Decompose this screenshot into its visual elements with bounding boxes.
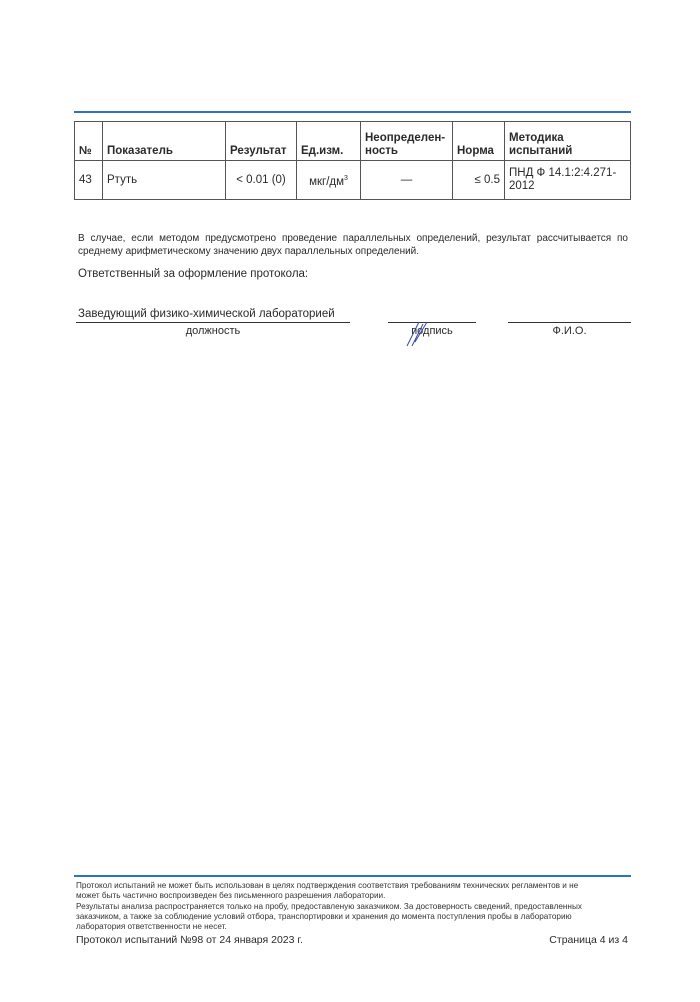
protocol-id: Протокол испытаний №98 от 24 января 2023…	[76, 934, 303, 946]
cell-method: ПНД Ф 14.1:2:4.271-2012	[505, 161, 631, 200]
header-method: Методикаиспытаний	[505, 122, 631, 161]
cell-result: < 0.01 (0)	[226, 161, 297, 200]
cell-norm: ≤ 0.5	[453, 161, 505, 200]
position-value: Заведующий физико-химической лабораторие…	[78, 308, 335, 320]
parallel-note: В случае, если методом предусмотрено про…	[78, 232, 628, 258]
header-num: №	[75, 122, 103, 161]
header-name: Показатель	[103, 122, 226, 161]
header-uncertainty: Неопределен-ность	[361, 122, 453, 161]
header-result: Результат	[226, 122, 297, 161]
footer-rule	[74, 875, 631, 877]
cell-name: Ртуть	[103, 161, 226, 200]
cell-num: 43	[75, 161, 103, 200]
cell-unit: мкг/дм3	[297, 161, 361, 200]
position-caption: должность	[76, 325, 350, 337]
handwritten-signature	[405, 320, 435, 348]
name-caption: Ф.И.О.	[508, 325, 631, 337]
header-norm: Норма	[453, 122, 505, 161]
page-number: Страница 4 из 4	[549, 934, 628, 946]
position-line	[76, 322, 350, 323]
footer-disclaimer: Протокол испытаний не может быть использ…	[76, 881, 586, 932]
header-rule	[74, 111, 631, 113]
header-unit: Ед.изм.	[297, 122, 361, 161]
name-line	[508, 322, 631, 323]
cell-uncertainty: —	[361, 161, 453, 200]
table-row: 43 Ртуть < 0.01 (0) мкг/дм3 — ≤ 0.5 ПНД …	[75, 161, 631, 200]
results-table: № Показатель Результат Ед.изм. Неопредел…	[74, 121, 631, 200]
table-header-row: № Показатель Результат Ед.изм. Неопредел…	[75, 122, 631, 161]
responsible-label: Ответственный за оформление протокола:	[78, 268, 308, 280]
